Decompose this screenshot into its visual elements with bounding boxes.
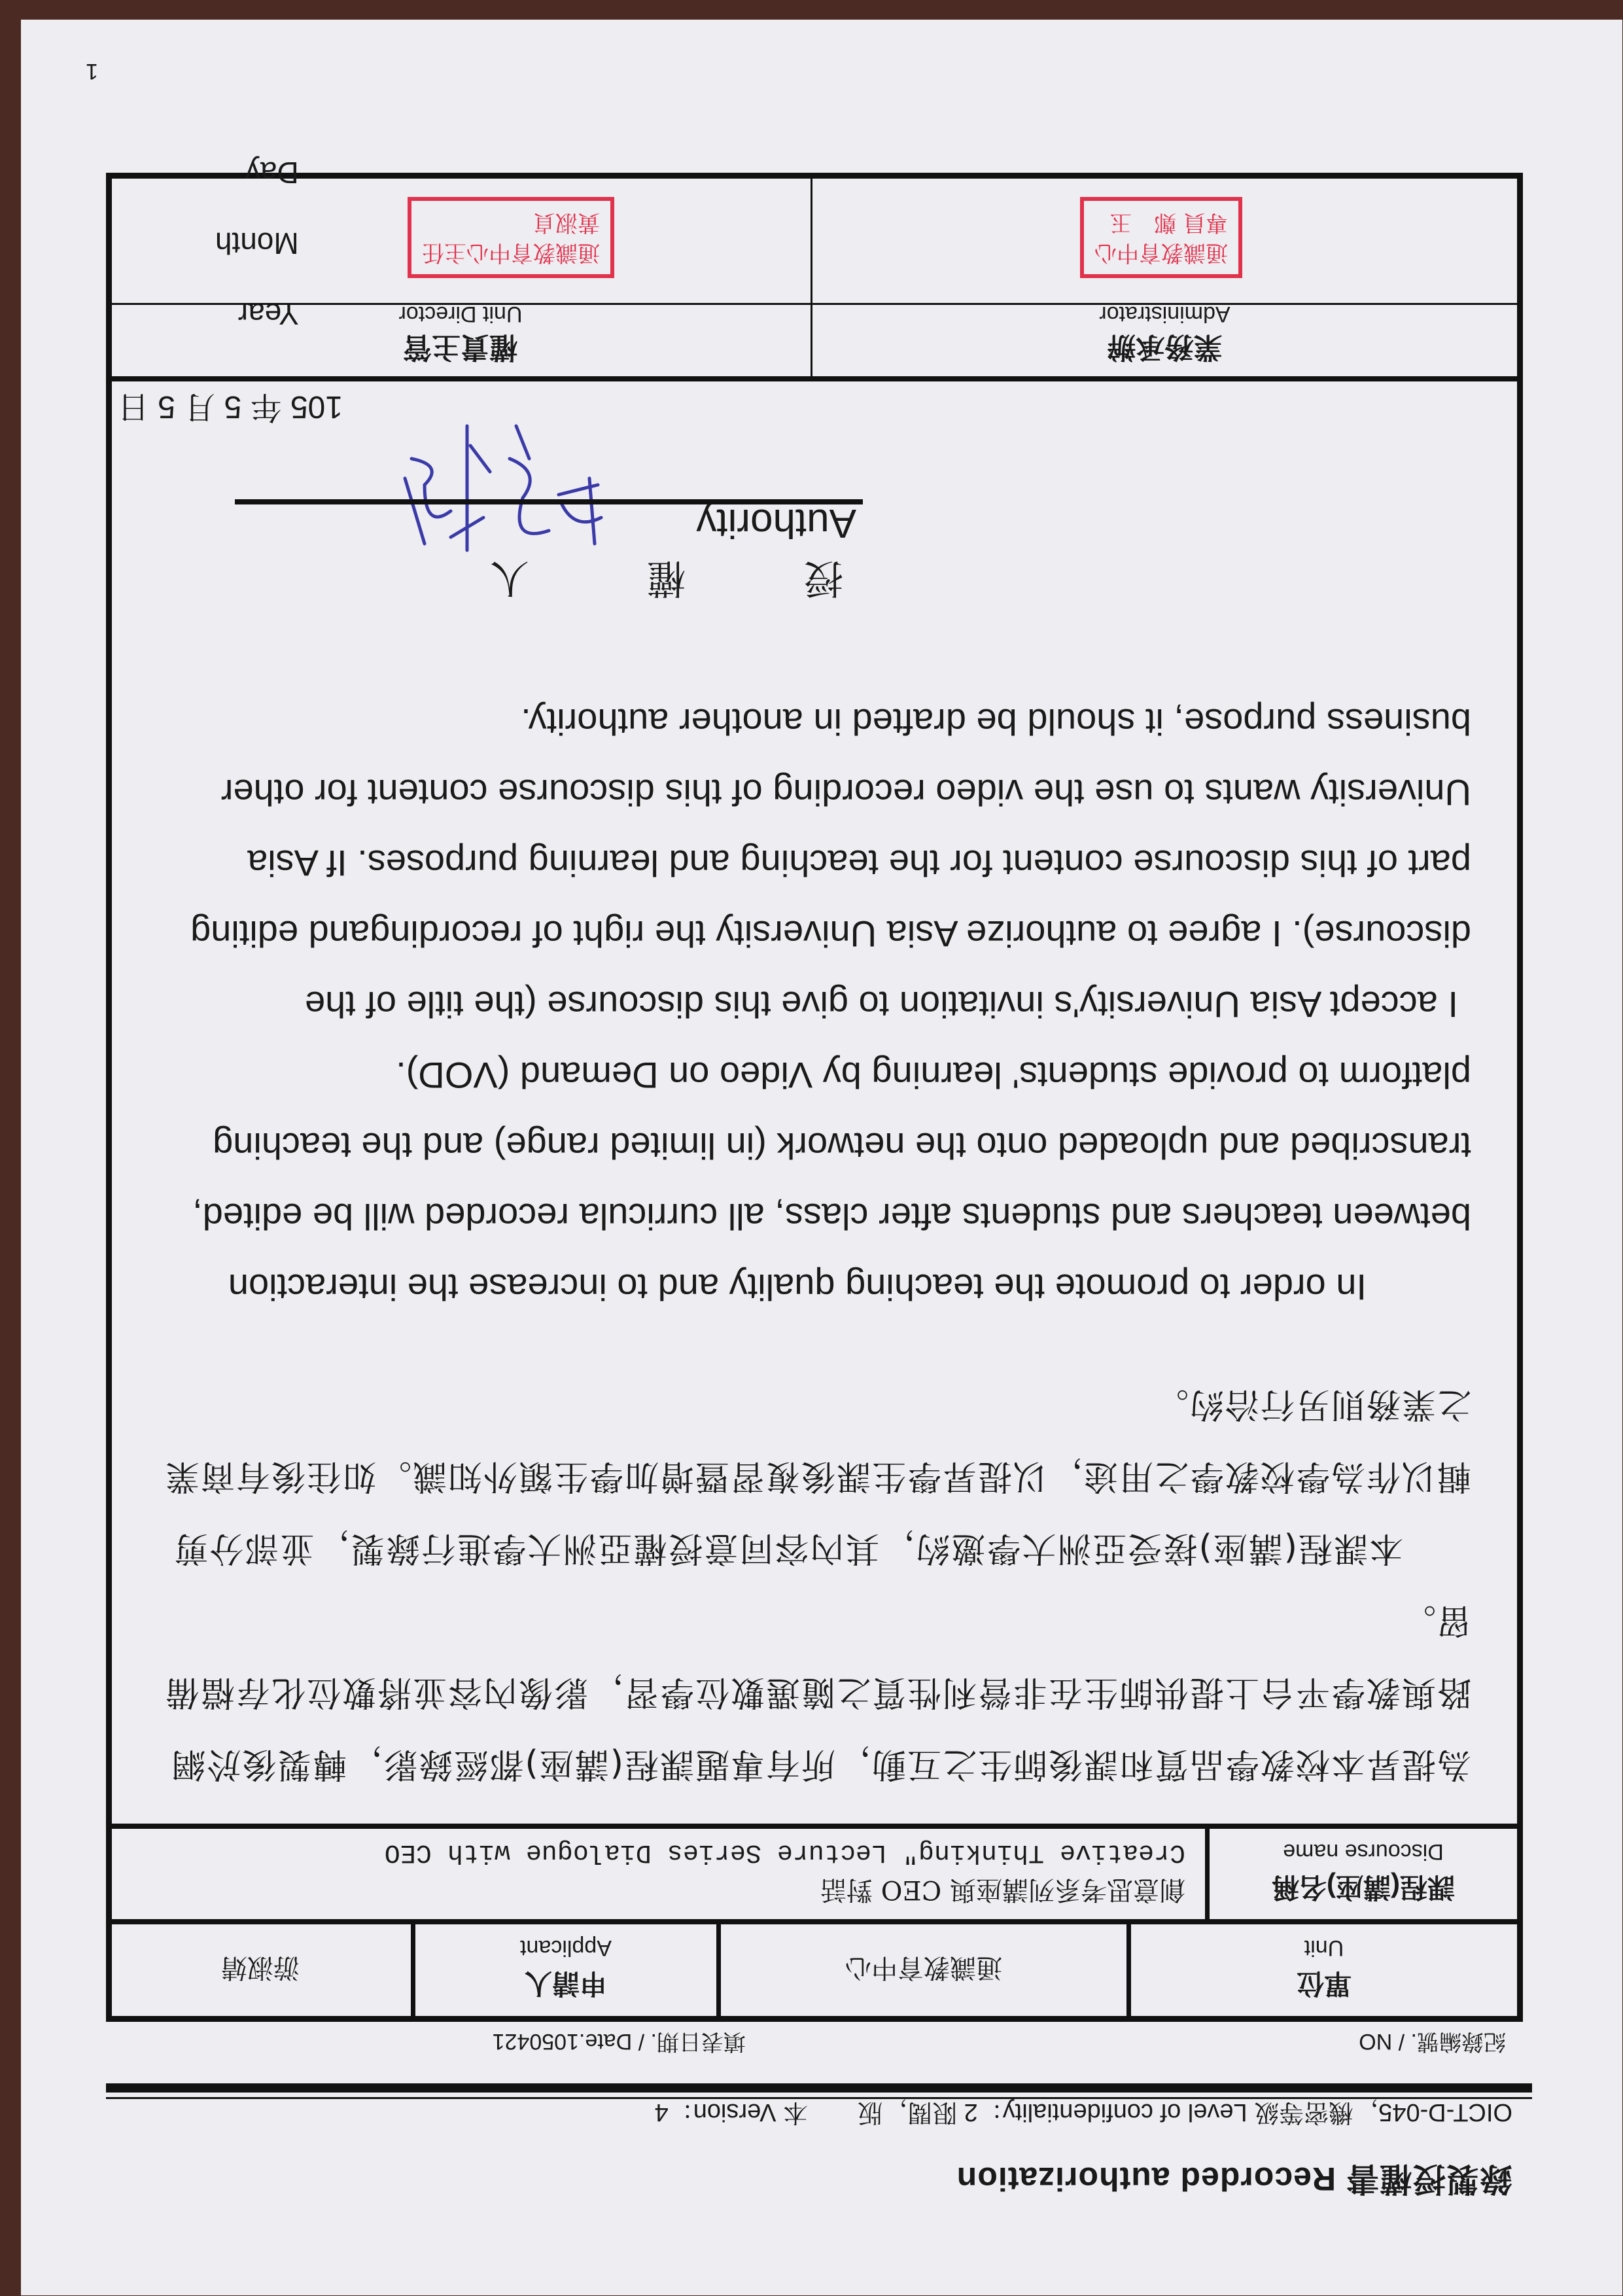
applicant-label-cell: 申請人 Applicant — [415, 1924, 716, 2016]
authority-date: 105 年 5 月 5 日 — [118, 387, 343, 433]
administrator-cell: 業務承辦 Administrator 通識教育中心 專員 鄭 玉 — [811, 179, 1517, 376]
unit-label-zh: 單位 — [1131, 1966, 1517, 2005]
discourse-label-cell: 課程(講座)名稱 Discourse name — [1210, 1829, 1517, 1919]
divider — [1205, 1829, 1210, 1919]
unit-value: 通識教育中心 — [721, 1952, 1126, 1989]
discourse-value-cell: 創意思考系列講座與 CEO 對話 Creative Thinking" Lect… — [113, 1829, 1205, 1919]
scanned-page: 錄製授權書 Recorded authorization OICT-D-045，… — [21, 20, 1622, 2295]
header-rule-thick — [106, 2083, 1532, 2093]
agreement-en-paragraph-2: I accept Asia University's invitation to… — [143, 686, 1471, 1040]
page-number: 1 — [86, 58, 98, 84]
divider — [1126, 1924, 1131, 2016]
divider — [716, 1924, 721, 2016]
discourse-label-zh: 課程(講座)名稱 — [1210, 1870, 1517, 1909]
administrator-header: 業務承辦 Administrator — [812, 303, 1517, 376]
document-meta: OICT-D-045，機密等級 Level of confidentiality… — [655, 2097, 1512, 2133]
unit-director-label-zh: 權責主管 — [111, 329, 811, 371]
unit-applicant-row: 單位 Unit 通識教育中心 申請人 Applicant 游淑婧 — [112, 1919, 1517, 2016]
divider — [411, 1924, 415, 2016]
agreement-en-paragraph-1: In order to promote the teaching quality… — [143, 1040, 1471, 1322]
record-number-label: 紀錄編號. / NO — [1359, 2028, 1506, 2060]
agreement-zh-paragraph-2: 本課程(講座)接受亞洲大學邀約，其內容同意授權亞洲大學進行錄製，並部分剪輯以作為… — [143, 1368, 1471, 1584]
unit-director-header: 權責主管 Unit Director — [111, 303, 811, 376]
document-title: 錄製授權書 Recorded authorization — [956, 2158, 1512, 2205]
discourse-row: 課程(講座)名稱 Discourse name 創意思考系列講座與 CEO 對話… — [112, 1824, 1517, 1919]
authority-label-zh: 授 權 人 — [137, 553, 843, 609]
applicant-value: 游淑婧 — [110, 1952, 411, 1989]
header-rule-thin — [106, 2097, 1532, 2099]
fill-date-label: 填表日期. / Date.1050421 — [493, 2028, 746, 2060]
signoff-row: 業務承辦 Administrator 通識教育中心 專員 鄭 玉 權責主管 Un… — [112, 179, 1517, 381]
discourse-label-en: Discourse name — [1210, 1839, 1517, 1865]
unit-director-label-en: Unit Director — [111, 301, 811, 327]
applicant-label-en: Applicant — [415, 1935, 716, 1961]
authorization-table: 單位 Unit 通識教育中心 申請人 Applicant 游淑婧 — [106, 173, 1523, 2022]
handwritten-signature — [385, 413, 621, 557]
administrator-label-en: Administrator — [812, 301, 1517, 327]
administrator-label-zh: 業務承辦 — [812, 329, 1517, 371]
agreement-body: 為提昇本校教學品質和課後師生之互動，所有專題課程(講座)都經錄影，轉製後於網路與… — [143, 686, 1471, 1800]
unit-label-cell: 單位 Unit — [1131, 1924, 1517, 2016]
discourse-value-zh: 創意思考系列講座與 CEO 對話 — [820, 1873, 1205, 1911]
agreement-zh-paragraph-1: 為提昇本校教學品質和課後師生之互動，所有專題課程(講座)都經錄影，轉製後於網路與… — [143, 1584, 1471, 1800]
unit-director-stamp: 通識教育中心主任 黃淑貞 — [408, 197, 614, 278]
unit-director-cell: 權責主管 Unit Director 通識教育中心主任 黃淑貞 — [111, 179, 811, 376]
administrator-stamp: 通識教育中心 專員 鄭 玉 — [1080, 197, 1242, 278]
discourse-value-en: Creative Thinking" Lecture Series Dialog… — [385, 1837, 1205, 1867]
applicant-label-zh: 申請人 — [415, 1966, 716, 2005]
applicant-value-cell: 游淑婧 — [110, 1924, 411, 2016]
unit-value-cell: 通識教育中心 — [721, 1924, 1126, 2016]
unit-label-en: Unit — [1131, 1935, 1517, 1961]
signature-line — [235, 499, 863, 504]
